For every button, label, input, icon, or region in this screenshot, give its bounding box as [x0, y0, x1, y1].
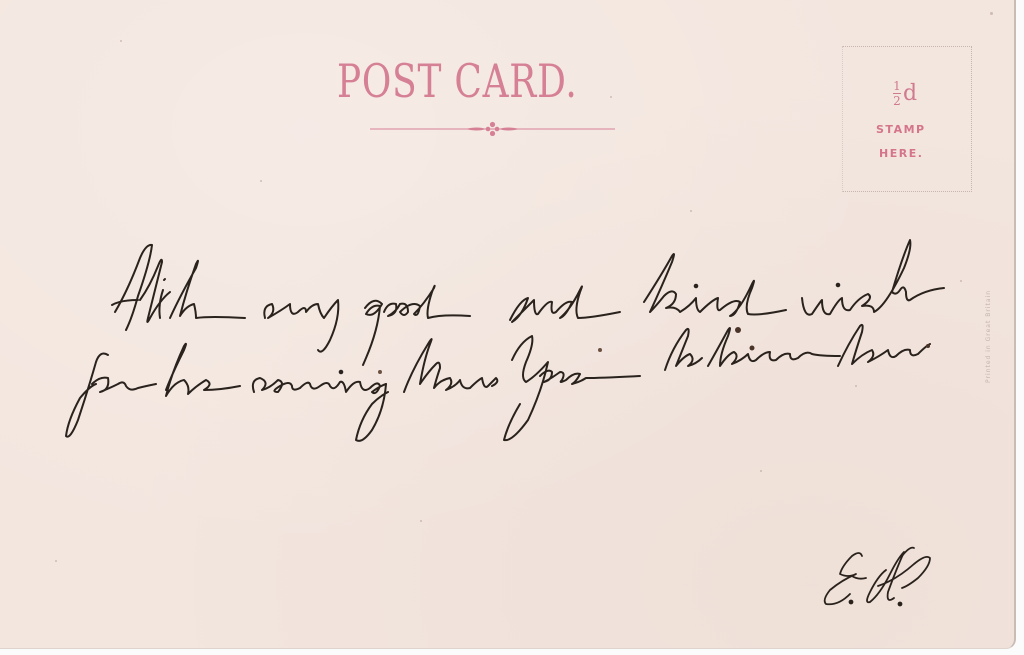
postcard-title: POST CARD.	[337, 58, 578, 104]
stamp-label-line-2: HERE.	[879, 148, 923, 159]
fraction-denominator: 2	[893, 95, 901, 107]
postcard-back: POST CARD. 1 2 d STAMP HERE. Printed in …	[0, 0, 1016, 649]
paper-speck	[760, 470, 762, 472]
paper-speck	[990, 12, 993, 15]
paper-speck	[610, 96, 612, 98]
fraction-numerator: 1	[893, 80, 901, 92]
stamp-value: 1 2 d	[893, 80, 917, 107]
message-line-2: for the coming New Year to dear Anne	[66, 352, 729, 386]
paper-speck	[960, 280, 962, 282]
ornament-divider-icon	[370, 120, 615, 136]
paper-speck	[120, 40, 122, 42]
message-line-1: With every good and kind wish	[112, 270, 645, 304]
stamp-fraction: 1 2	[893, 80, 901, 107]
stamp-label-line-1: STAMP	[876, 124, 926, 135]
stamp-placement-box	[842, 46, 972, 192]
paper-speck	[260, 180, 262, 182]
paper-speck	[55, 560, 57, 562]
paper-speck	[420, 520, 422, 522]
signature: E. H.	[812, 566, 889, 596]
printer-mark: Printed in Great Britain	[985, 290, 992, 383]
paper-speck	[855, 385, 857, 387]
paper-speck	[690, 210, 692, 212]
stamp-unit: d	[903, 83, 917, 105]
